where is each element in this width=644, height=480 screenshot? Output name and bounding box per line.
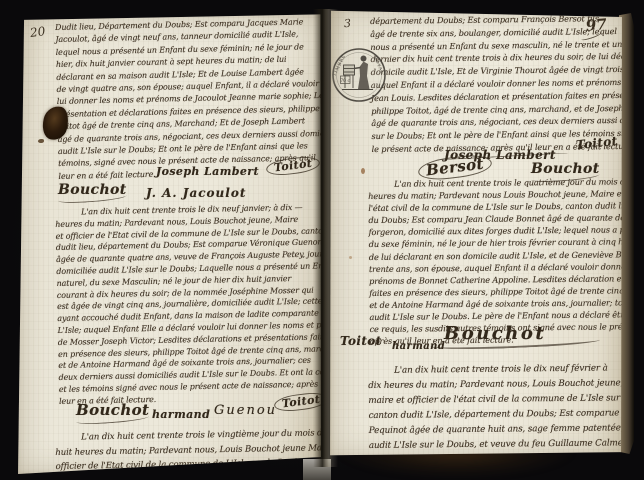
register-scan-background: 20 Dudit lieu, Département du Doubs; Est… bbox=[0, 0, 644, 480]
page-number-left: 20 bbox=[29, 24, 46, 40]
foxing-spot bbox=[349, 256, 352, 259]
page-number-right: 3 bbox=[344, 17, 352, 30]
act-text-block-3: L'an dix huit cent trente trois le dix n… bbox=[368, 361, 624, 454]
spine-tab bbox=[303, 459, 331, 480]
ink-speck bbox=[38, 139, 44, 143]
manuscript-line: audit L'Isle sur le Doubs, et veuve du f… bbox=[369, 436, 624, 454]
stamp-value: 70 c bbox=[340, 78, 350, 84]
signature-bouchot: Bouchot bbox=[444, 323, 600, 348]
signature-toitot: Toitot bbox=[340, 334, 382, 348]
act-text-block-2: L'an dix huit cent trente trois le quatr… bbox=[368, 175, 624, 347]
signature-guenou: Guenou bbox=[214, 403, 277, 418]
signature-harmand: harmand bbox=[152, 408, 210, 421]
revenue-stamp: 70 c TIMBRE ROYAL bbox=[330, 46, 388, 104]
act-text-block-1: département du Doubs; Est comparu Franço… bbox=[370, 12, 623, 156]
signature-jacoulot: J. A. Jacoulot bbox=[146, 186, 246, 200]
act-text-block-1: Dudit lieu, Département du Doubs; Est co… bbox=[55, 16, 321, 183]
act-text-block-2: L'an dix huit cent trente trois le dix n… bbox=[55, 201, 321, 407]
book-block-shadow bbox=[338, 451, 574, 478]
act-text-block-3: L'an dix huit cent trente trois le vingt… bbox=[55, 426, 321, 474]
right-page: 3 97 70 c TIMBRE bbox=[328, 8, 624, 458]
signature-bouchot: Bouchot bbox=[58, 182, 127, 202]
left-page: 20 Dudit lieu, Département du Doubs; Est… bbox=[18, 13, 321, 474]
signature-joseph-lambert: Joseph Lambert bbox=[156, 165, 259, 178]
foxing-spot bbox=[361, 168, 365, 174]
signature-bouchot: Bouchot bbox=[76, 401, 149, 423]
